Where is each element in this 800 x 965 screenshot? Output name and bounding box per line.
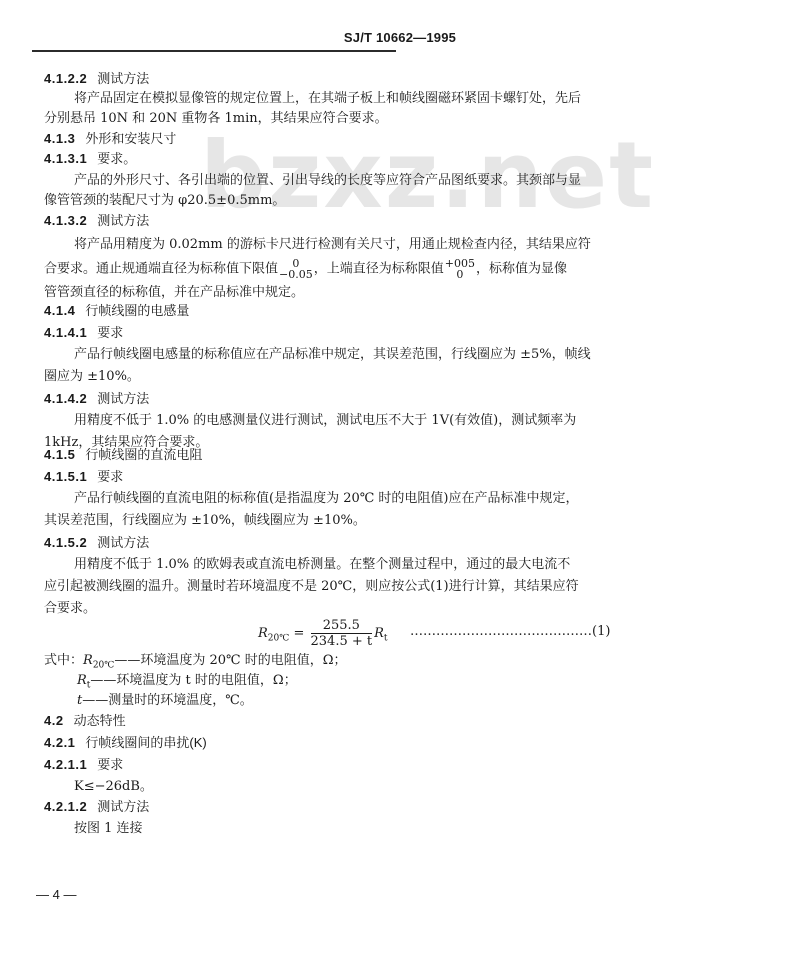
paragraph: 将产品固定在模拟显像管的规定位置上，在其端子板上和帧线圈磁环紧固卡螺钉处，先后: [74, 90, 581, 108]
paragraph: 应引起被测线圈的温升。测量时若环境温度不是 20℃，则应按公式(1)进行计算，其…: [44, 578, 579, 596]
paragraph-with-tolerances: 合要求。通止规通端直径为标称值下限值0−0.05，上端直径为标称限值+0050，…: [44, 258, 567, 280]
paragraph: 用精度不低于 1.0% 的欧姆表或直流电桥测量。在整个测量过程中，通过的最大电流…: [74, 556, 570, 574]
paragraph: 产品行帧线圈的直流电阻的标称值(是指温度为 20℃ 时的电阻值)应在产品标准中规…: [74, 490, 579, 508]
section-heading-4-1-3: 4.1.3外形和安装尺寸: [44, 130, 176, 148]
tolerance-upper-limit: +0050: [445, 258, 475, 280]
paragraph: 像管管颈的装配尺寸为 φ20.5±0.5mm。: [44, 192, 285, 210]
section-heading-4-1-3-1: 4.1.3.1要求。: [44, 150, 136, 168]
section-heading-4-1-5: 4.1.5行帧线圈的直流电阻: [44, 446, 202, 464]
document-page: SJ/T 10662—1995 bzxz.net 4.1.2.2测试方法 将产品…: [0, 0, 800, 965]
equation-number: ……………………………………(1): [410, 624, 610, 639]
section-heading-4-1-5-2: 4.1.5.2测试方法: [44, 534, 149, 552]
formula-1: R20℃ = 255.5234.5 + tRt: [258, 618, 388, 649]
paragraph: 将产品用精度为 0.02mm 的游标卡尺进行检测有关尺寸，用通止规检查内径，其结…: [74, 236, 591, 254]
formula-fraction: 255.5234.5 + t: [311, 618, 373, 649]
section-heading-4-1-5-1: 4.1.5.1要求: [44, 468, 123, 486]
section-heading-4-1-4: 4.1.4行帧线圈的电感量: [44, 302, 189, 320]
paragraph: 分别悬吊 10N 和 20N 重物各 1min，其结果应符合要求。: [44, 110, 388, 128]
paragraph: 按图 1 连接: [74, 820, 143, 838]
tolerance-lower-limit: 0−0.05: [279, 258, 313, 280]
header-rule: [32, 50, 396, 52]
paragraph: 用精度不低于 1.0% 的电感测量仪进行测试，测试电压不大于 1V(有效值)，测…: [74, 412, 576, 430]
where-item: t——测量时的环境温度，℃。: [77, 692, 253, 710]
section-heading-4-2: 4.2动态特性: [44, 712, 126, 730]
page-number: — 4 —: [36, 887, 76, 902]
paragraph: K≤−26dB。: [74, 778, 153, 796]
section-heading-4-2-1-1: 4.2.1.1要求: [44, 756, 123, 774]
paragraph: 其误差范围，行线圈应为 ±10%，帧线圈应为 ±10%。: [44, 512, 366, 530]
paragraph: 管管颈直径的标称值，并在产品标准中规定。: [44, 284, 304, 302]
section-heading-4-1-4-1: 4.1.4.1要求: [44, 324, 123, 342]
section-heading-4-1-2-2: 4.1.2.2测试方法: [44, 70, 149, 88]
paragraph: 产品的外形尺寸、各引出端的位置、引出导线的长度等应符合产品图纸要求。其颈部与显: [74, 172, 581, 190]
paragraph: 圈应为 ±10%。: [44, 368, 140, 386]
paragraph: 合要求。: [44, 600, 96, 618]
standard-number-header: SJ/T 10662—1995: [0, 30, 800, 45]
section-heading-4-2-1: 4.2.1行帧线圈间的串扰(K): [44, 734, 207, 752]
section-heading-4-2-1-2: 4.2.1.2测试方法: [44, 798, 149, 816]
section-heading-4-1-3-2: 4.1.3.2测试方法: [44, 212, 149, 230]
section-heading-4-1-4-2: 4.1.4.2测试方法: [44, 390, 149, 408]
paragraph: 产品行帧线圈电感量的标称值应在产品标准中规定，其误差范围，行线圈应为 ±5%，帧…: [74, 346, 591, 364]
